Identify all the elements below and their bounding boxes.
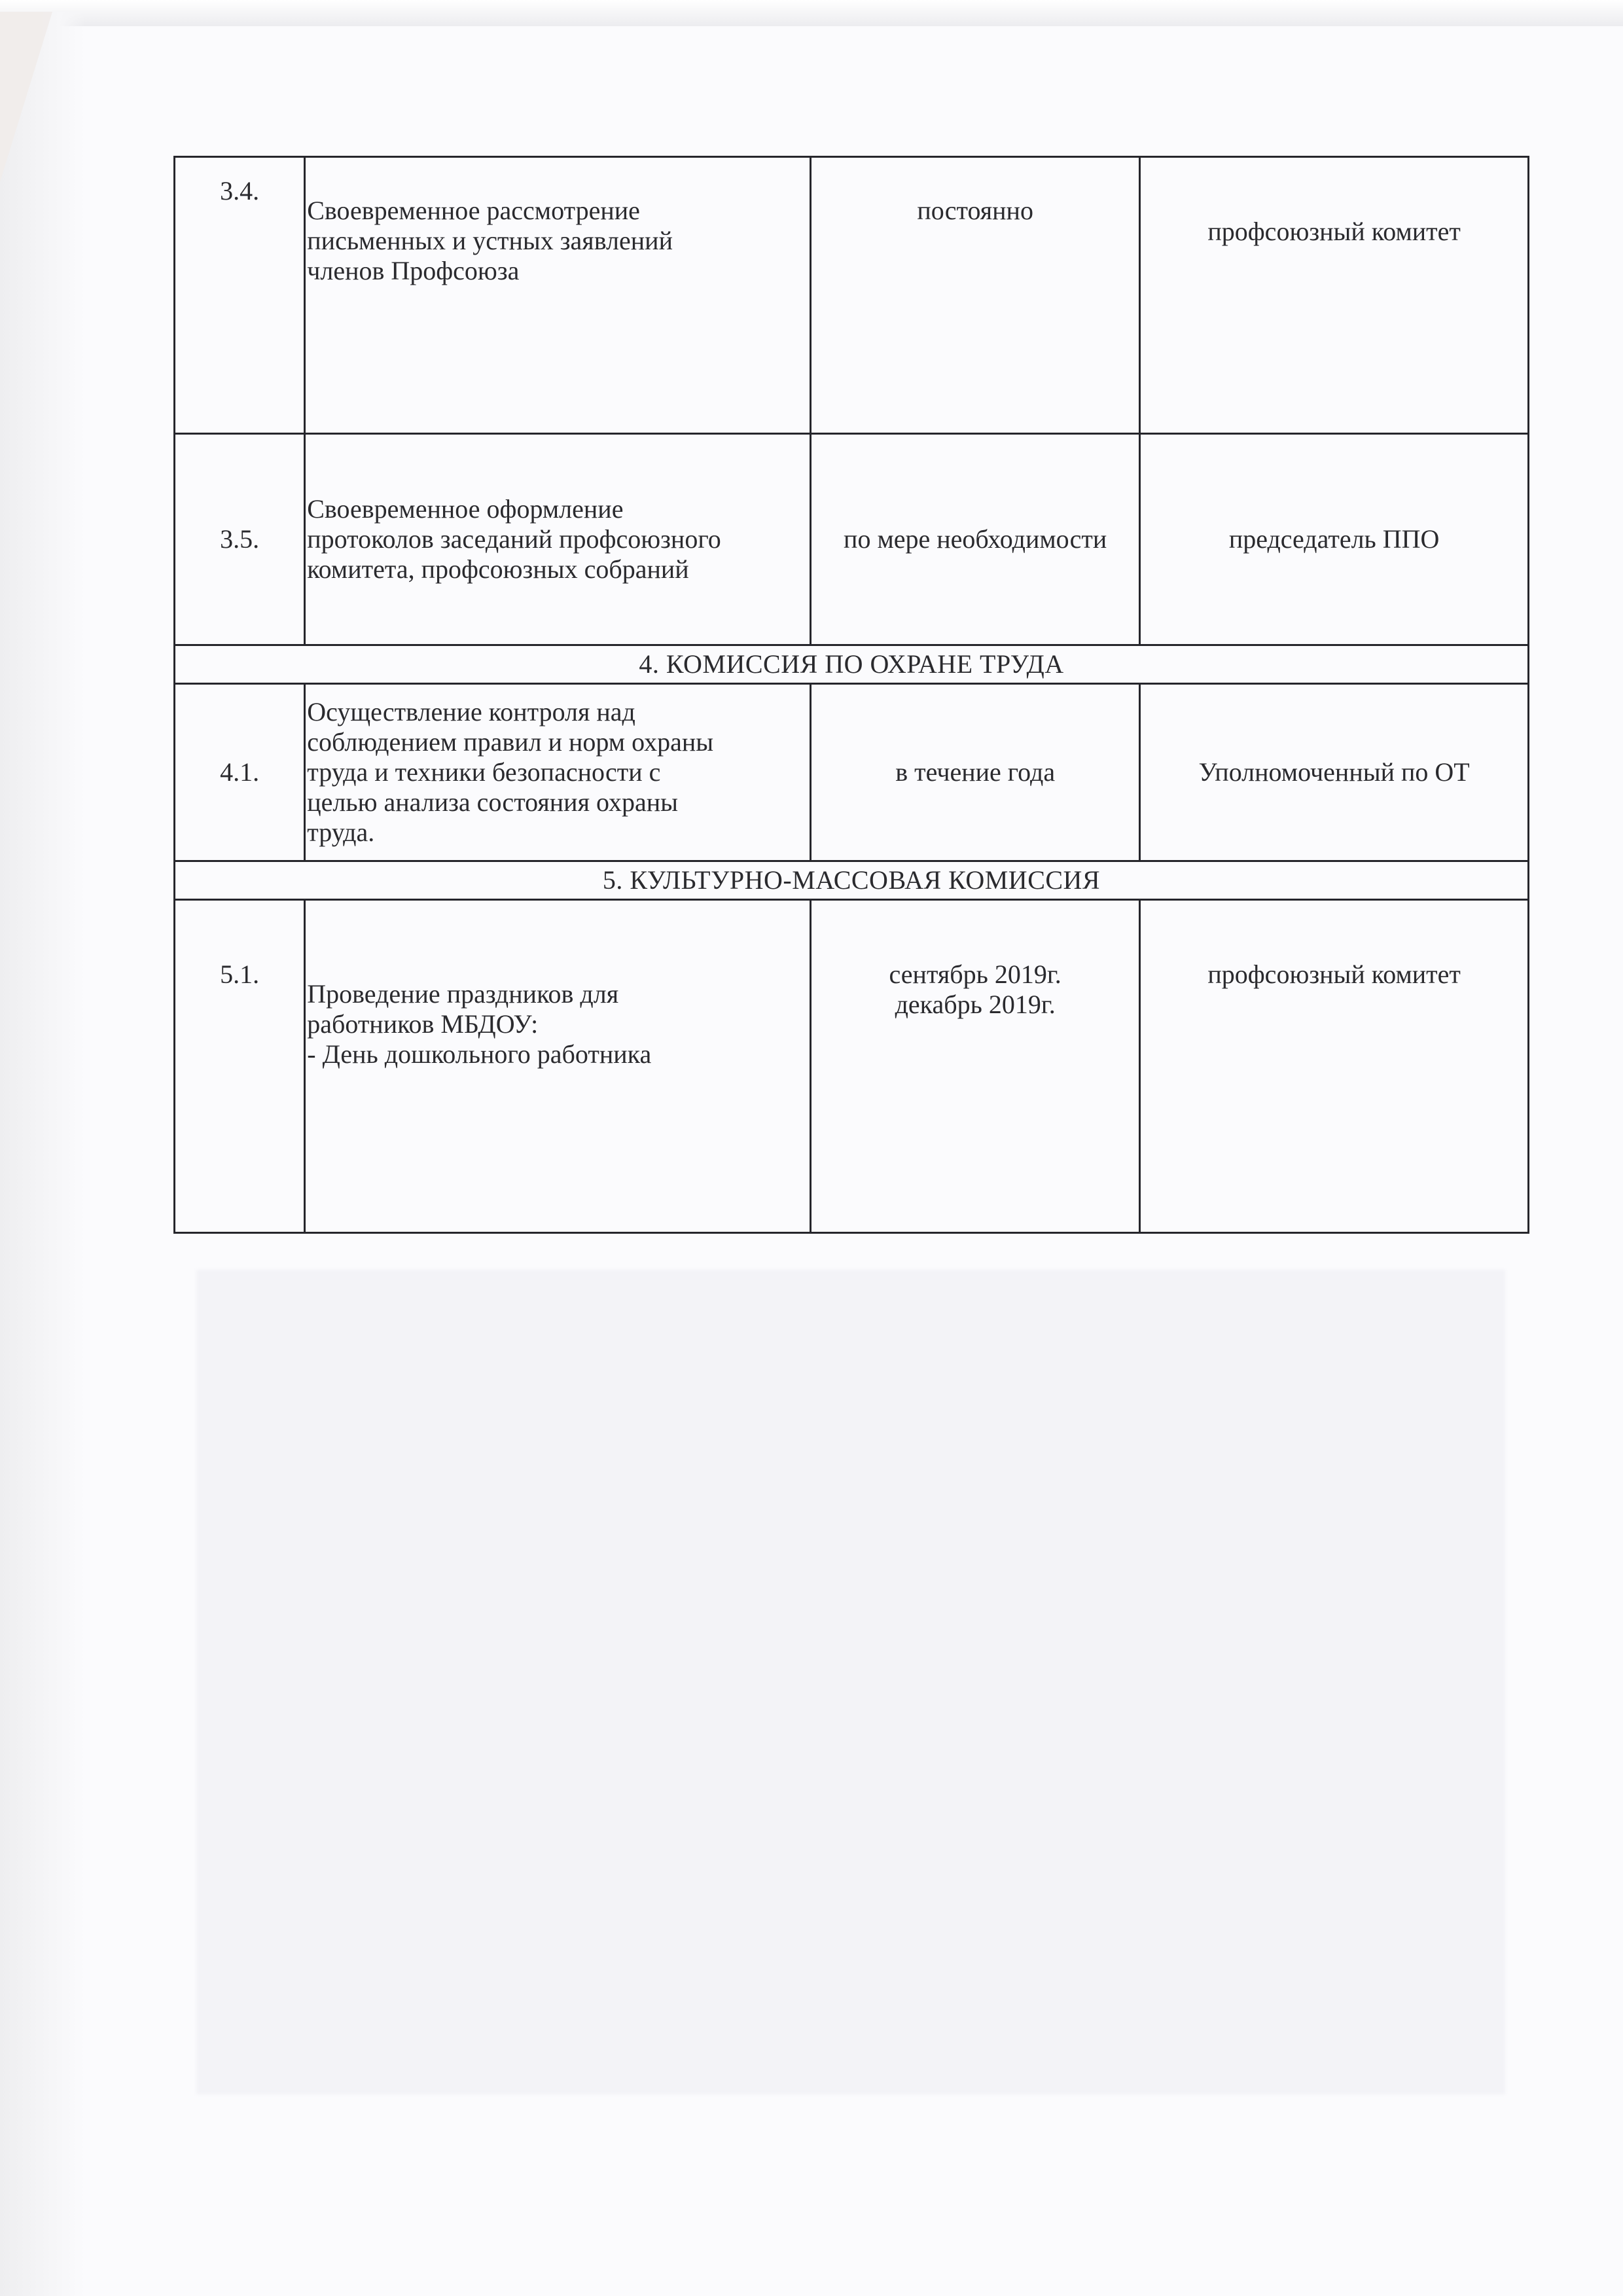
task-term: в течение года — [811, 684, 1140, 861]
task-description: Проведение праздников для работников МБД… — [305, 900, 811, 1233]
task-responsible: профсоюзный комитет — [1140, 900, 1529, 1233]
task-line: Своевременное оформление — [307, 494, 807, 524]
scan-top-shadow — [0, 0, 1623, 26]
item-number: 3.4. — [175, 157, 305, 434]
section-title: 5. КУЛЬТУРНО-МАССОВАЯ КОМИССИЯ — [175, 861, 1529, 900]
section-title: 4. КОМИССИЯ ПО ОХРАНЕ ТРУДА — [175, 645, 1529, 684]
task-description: Осуществление контроля над соблюдением п… — [305, 684, 811, 861]
table-row: 3.5. Своевременное оформление протоколов… — [175, 434, 1529, 645]
term-line: декабрь 2019г. — [814, 990, 1136, 1020]
task-line: Осуществление контроля над — [307, 697, 807, 727]
folded-corner — [0, 12, 52, 182]
task-line: труда и техники безопасности с — [307, 757, 807, 787]
task-line: - День дошкольного работника — [307, 1039, 807, 1069]
task-line: труда. — [307, 817, 807, 848]
item-number: 4.1. — [175, 684, 305, 861]
task-line: соблюдением правил и норм охраны — [307, 727, 807, 757]
task-line: членов Профсоюза — [307, 256, 807, 286]
table-row: 3.4. Своевременное рассмотрение письменн… — [175, 157, 1529, 434]
section-header-row: 4. КОМИССИЯ ПО ОХРАНЕ ТРУДА — [175, 645, 1529, 684]
task-term: постоянно — [811, 157, 1140, 434]
task-term: сентябрь 2019г. декабрь 2019г. — [811, 900, 1140, 1233]
task-responsible: профсоюзный комитет — [1140, 157, 1529, 434]
table-row: 4.1. Осуществление контроля над соблюден… — [175, 684, 1529, 861]
work-plan-table: 3.4. Своевременное рассмотрение письменн… — [173, 156, 1529, 1234]
task-line: протоколов заседаний профсоюзного — [307, 524, 807, 554]
item-number: 5.1. — [175, 900, 305, 1233]
task-line: работников МБДОУ: — [307, 1009, 807, 1039]
scan-left-margin-shadow — [0, 12, 85, 2296]
section-header-row: 5. КУЛЬТУРНО-МАССОВАЯ КОМИССИЯ — [175, 861, 1529, 900]
task-line: Своевременное рассмотрение — [307, 196, 807, 226]
task-description: Своевременное рассмотрение письменных и … — [305, 157, 811, 434]
bleed-through-area — [196, 1270, 1505, 2094]
task-line: Проведение праздников для — [307, 979, 807, 1009]
term-line: по мере необходимости — [814, 524, 1136, 554]
term-line: постоянно — [814, 196, 1136, 226]
item-number: 3.5. — [175, 434, 305, 645]
task-term: по мере необходимости — [811, 434, 1140, 645]
table-row: 5.1. Проведение праздников для работнико… — [175, 900, 1529, 1233]
task-responsible: председатель ППО — [1140, 434, 1529, 645]
task-line: целью анализа состояния охраны — [307, 787, 807, 817]
task-line: письменных и устных заявлений — [307, 226, 807, 256]
task-responsible: Уполномоченный по ОТ — [1140, 684, 1529, 861]
term-line: в течение года — [814, 757, 1136, 787]
term-line: сентябрь 2019г. — [814, 960, 1136, 990]
task-line: комитета, профсоюзных собраний — [307, 554, 807, 584]
task-description: Своевременное оформление протоколов засе… — [305, 434, 811, 645]
